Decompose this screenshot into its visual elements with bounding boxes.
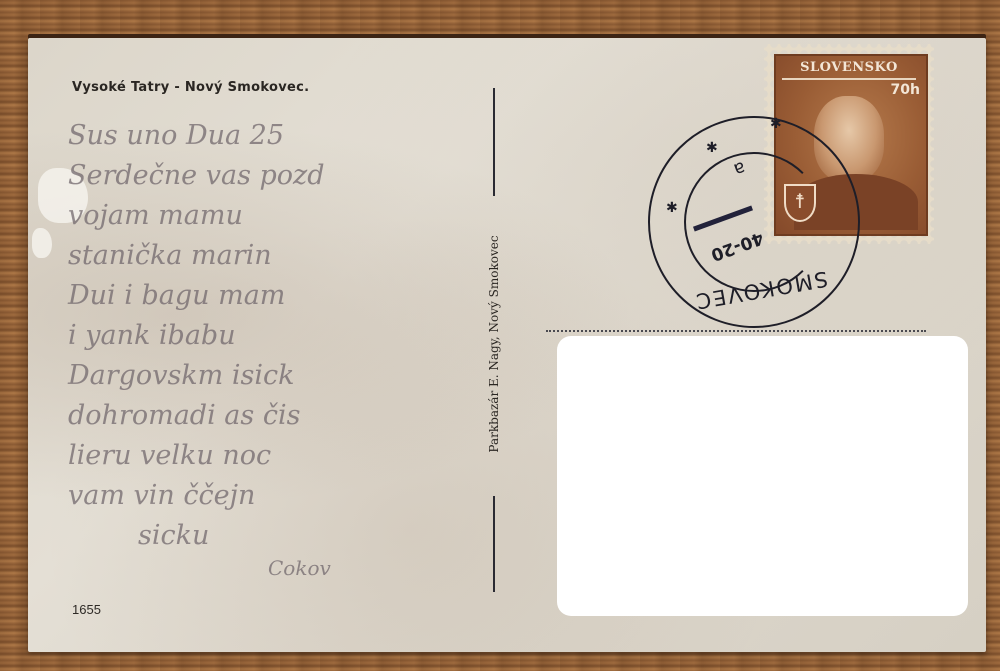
stamp-value: 70h [891,82,920,98]
address-line [546,330,926,332]
publisher-imprint: Parkbazár E. Nagy, Nový Smokovec [487,235,501,452]
handwritten-message: Sus uno Dua 25 Serdečne vas pozd vojam m… [68,116,488,580]
message-line: vojam mamu [68,196,488,236]
message-line: stanička marin [68,236,488,276]
message-line: Dui i bagu mam [68,276,488,316]
message-line: Serdečne vas pozd [68,156,488,196]
paper-scuff [32,228,52,258]
message-line: sicku [68,516,488,556]
postcard-title: Vysoké Tatry - Nový Smokovec. [72,80,309,95]
message-line: dohromadi as čis [68,396,488,436]
message-line: vam vin ččejn [68,476,488,516]
postcard-back: Vysoké Tatry - Nový Smokovec. Sus uno Du… [28,38,986,652]
card-number: 1655 [72,602,101,617]
message-line: i yank ibabu [68,316,488,356]
divider-line [493,496,495,592]
postmark-cancellation: a 40-20 SMOKOVEC ✱ ✱ ✱ [648,116,860,328]
message-line: Cokov [68,556,488,580]
message-line: Dargovskm isick [68,356,488,396]
postmark-star-icon: ✱ [770,116,782,132]
postmark-star-icon: ✱ [666,200,678,216]
postmark-star-icon: ✱ [706,140,718,156]
stamp-country: SLOVENSKO [782,58,916,80]
redacted-address-area [557,336,968,616]
divider-line [493,88,495,196]
message-line: lieru velku noc [68,436,488,476]
message-line: Sus uno Dua 25 [68,116,488,156]
